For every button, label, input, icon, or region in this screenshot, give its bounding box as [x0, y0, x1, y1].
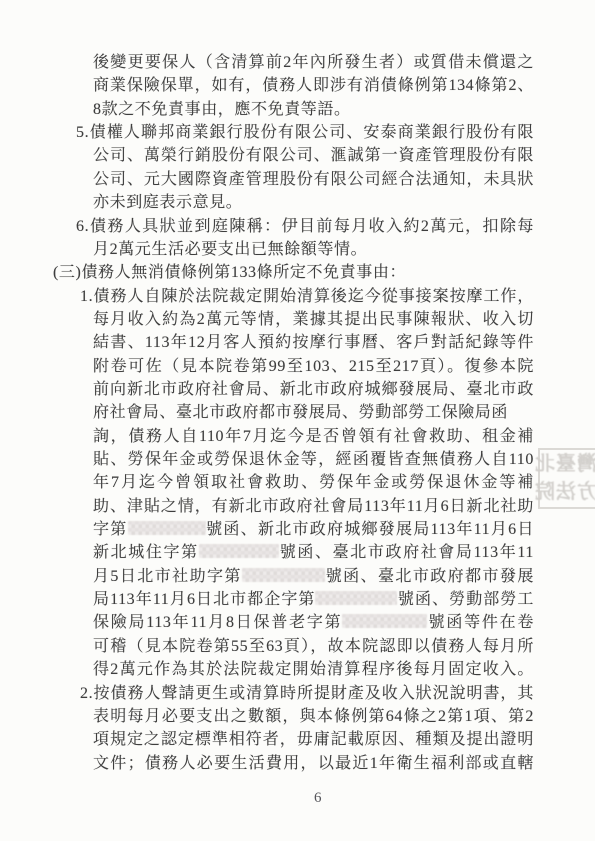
line-text: 號函、新北市政府城鄉發展局113年11月6日 — [206, 521, 534, 538]
text-line: 保險局113年11月8日保普老字第號函等件在卷 — [93, 612, 534, 636]
line-text: 項規定之認定標準相符者，毋庸記載原因、種類及提出證明 — [93, 731, 534, 748]
text-line: 助、津貼之情，有新北市政府社會局113年11月6日新北社助 — [93, 496, 534, 520]
line-text: 月5日北市社助字第 — [93, 568, 242, 585]
text-line: 商業保險保單，如有，債務人即涉有消債條例第134條第2、 — [93, 75, 534, 99]
text-line: 1.債務人自陳於法院裁定開始清算後迄今從事接案按摩工作， — [80, 286, 534, 310]
line-text: 文件；債務人必要生活費用，以最近1年衛生福利部或直轄 — [93, 755, 534, 772]
text-line: 前向新北市政府社會局、新北市政府城鄉發展局、臺北市政 — [93, 379, 534, 403]
text-line: 5.債權人聯邦商業銀行股份有限公司、安泰商業銀行股份有限 — [76, 122, 534, 146]
text-line: 月5日北市社助字第號函、臺北市政府都市發展 — [93, 566, 534, 590]
line-text: 8款之不免責事由，應不免責等語。 — [93, 101, 351, 118]
line-text: 5.債權人聯邦商業銀行股份有限公司、安泰商業銀行股份有限 — [76, 124, 534, 141]
line-text: 助、津貼之情，有新北市政府社會局113年11月6日新北社助 — [93, 498, 534, 515]
line-text: 2.按債務人聲請更生或清算時所提財產及收入狀況說明書，其 — [80, 685, 534, 702]
text-line: 6.債務人具狀並到庭陳稱：伊目前每月收入約2萬元，扣除每 — [76, 216, 534, 240]
line-text: 後變更要保人（含清算前2年內所發生者）或質借未償還之 — [93, 54, 534, 71]
line-text: 每月收入約為2萬元等情，業據其提出民事陳報狀、收入切 — [93, 311, 534, 328]
line-text: 商業保險保單，如有，債務人即涉有消債條例第134條第2、 — [93, 77, 534, 94]
line-text: 詢，債務人自110年7月迄今是否曾領有社會救助、租金補 — [93, 428, 534, 445]
text-line: 2.按債務人聲請更生或清算時所提財產及收入狀況說明書，其 — [80, 683, 534, 707]
redacted-region — [315, 591, 397, 605]
line-text: 府社會局、臺北市政府都市發展局、勞動部勞工保險局函 — [93, 404, 508, 421]
line-text: 號函、臺北市政府社會局113年11 — [279, 544, 534, 561]
court-stamp-text-row: 臺灣臺北 — [542, 454, 595, 475]
text-line: 8款之不免責事由，應不免責等語。 — [93, 99, 534, 123]
line-text: 前向新北市政府社會局、新北市政府城鄉發展局、臺北市政 — [93, 381, 534, 398]
text-line: 字第號函、新北市政府城鄉發展局113年11月6日 — [93, 519, 534, 543]
text-line: 得2萬元作為其於法院裁定開始清算程序後每月固定收入。 — [93, 659, 534, 683]
line-text: 得2萬元作為其於法院裁定開始清算程序後每月固定收入。 — [93, 661, 534, 678]
text-line: 府社會局、臺北市政府都市發展局、勞動部勞工保險局函 — [93, 402, 534, 426]
line-text: 局113年11月6日北市都企字第 — [93, 591, 315, 608]
redacted-region — [128, 521, 206, 535]
line-text: 6.債務人具狀並到庭陳稱：伊目前每月收入約2萬元，扣除每 — [76, 218, 534, 235]
line-text: 月2萬元生活必要支出已無餘額等情。 — [93, 241, 367, 258]
redacted-region — [242, 568, 325, 582]
line-text: 公司、元大國際資產管理股份有限公司經合法通知，未具狀 — [93, 171, 534, 188]
line-text: 字第 — [93, 521, 128, 538]
text-line: 附卷可佐（見本院卷第99至103、215至217頁）。復參本院 — [93, 356, 534, 380]
line-text: 號函等件在卷 — [427, 614, 534, 631]
line-text: 公司、萬榮行銷股份有限公司、滙誠第一資產管理股份有限 — [93, 147, 534, 164]
text-line: 項規定之認定標準相符者，毋庸記載原因、種類及提出證明 — [93, 729, 534, 753]
text-line: 年7月迄今曾領取社會救助、勞保年金或勞保退休金等補 — [93, 472, 534, 496]
text-line: 文件；債務人必要生活費用，以最近1年衛生福利部或直轄 — [93, 753, 534, 777]
line-text: (三)債務人無消債條例第133條所定不免責事由： — [53, 264, 406, 281]
line-text: 可稽（見本院卷第55至63頁），故本院認即以債務人每月所 — [93, 638, 534, 655]
text-line: 貼、勞保年金或勞保退休金等，經函覆皆查無債務人自110 — [93, 449, 534, 473]
text-line: 詢，債務人自110年7月迄今是否曾領有社會救助、租金補 — [93, 426, 534, 450]
court-stamp: 臺灣臺北 地方法院 — [538, 448, 595, 509]
text-line: 表明每月必要支出之數額，與本條例第64條之2第1項、第2 — [93, 706, 534, 730]
text-line: 可稽（見本院卷第55至63頁），故本院認即以債務人每月所 — [93, 636, 534, 660]
redacted-region — [342, 614, 427, 628]
text-line: 月2萬元生活必要支出已無餘額等情。 — [93, 239, 534, 263]
text-line: 亦未到庭表示意見。 — [93, 192, 534, 216]
text-line: 局113年11月6日北市都企字第號函、勞動部勞工 — [93, 589, 534, 613]
text-line: 新北城住字第號函、臺北市政府社會局113年11 — [93, 542, 534, 566]
line-text: 結書、113年12月客人預約按摩行事曆、客戶對話紀錄等件 — [93, 334, 534, 351]
text-line: (三)債務人無消債條例第133條所定不免責事由： — [53, 262, 534, 286]
document-page: 臺灣臺北 地方法院 後變更要保人（含清算前2年內所發生者）或質借未償還之商業保險… — [0, 0, 595, 841]
text-line: 公司、元大國際資產管理股份有限公司經合法通知，未具狀 — [93, 169, 534, 193]
text-line: 公司、萬榮行銷股份有限公司、滙誠第一資產管理股份有限 — [93, 145, 534, 169]
text-line: 後變更要保人（含清算前2年內所發生者）或質借未償還之 — [93, 52, 534, 76]
line-text: 表明每月必要支出之數額，與本條例第64條之2第1項、第2 — [93, 708, 534, 725]
line-text: 亦未到庭表示意見。 — [93, 194, 242, 211]
text-line: 結書、113年12月客人預約按摩行事曆、客戶對話紀錄等件 — [93, 332, 534, 356]
line-text: 1.債務人自陳於法院裁定開始清算後迄今從事接案按摩工作， — [80, 288, 534, 305]
line-text: 年7月迄今曾領取社會救助、勞保年金或勞保退休金等補 — [93, 474, 534, 491]
line-text: 附卷可佐（見本院卷第99至103、215至217頁）。復參本院 — [93, 358, 534, 375]
page-number: 6 — [314, 790, 322, 807]
court-stamp-text-row: 地方法院 — [542, 482, 595, 503]
redacted-region — [199, 544, 279, 558]
line-text: 號函、勞動部勞工 — [397, 591, 534, 608]
line-text: 保險局113年11月8日保普老字第 — [93, 614, 342, 631]
line-text: 貼、勞保年金或勞保退休金等，經函覆皆查無債務人自110 — [93, 451, 534, 468]
text-line: 每月收入約為2萬元等情，業據其提出民事陳報狀、收入切 — [93, 309, 534, 333]
line-text: 號函、臺北市政府都市發展 — [325, 568, 534, 585]
line-text: 新北城住字第 — [93, 544, 199, 561]
